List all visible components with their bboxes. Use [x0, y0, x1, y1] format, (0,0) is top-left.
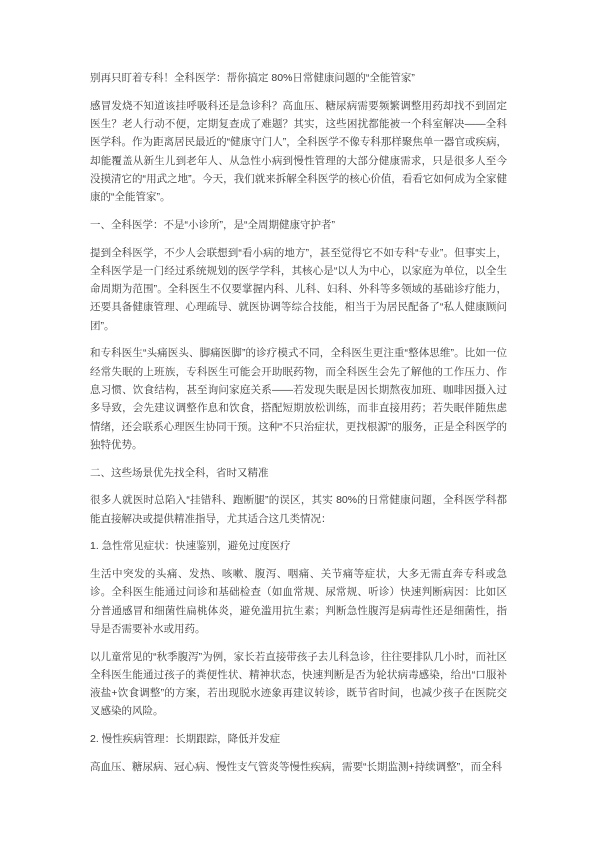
subsection-1-paragraph-1: 生活中突发的头痛、发热、咳嗽、腹泻、咽痛、关节痛等症状，大多无需直奔专科或急诊。… — [90, 565, 507, 638]
intro-paragraph: 感冒发烧不知道该挂呼吸科还是急诊科？高血压、糖尿病需要频繁调整用药却找不到固定医… — [90, 97, 507, 207]
section-1-heading: 一、全科医学：不是“小诊所”，是“全周期健康守护者” — [90, 216, 507, 234]
subsection-1-heading: 1. 急性常见症状：快速鉴别，避免过度医疗 — [90, 537, 507, 555]
subsection-2-paragraph-1: 高血压、糖尿病、冠心病、慢性支气管炎等慢性疾病，需要“长期监测+持续调整”，而全… — [90, 758, 507, 776]
subsection-2-heading: 2. 慢性疾病管理：长期跟踪，降低并发症 — [90, 730, 507, 748]
document-page: 别再只盯着专科！全科医学：帮你搞定 80%日常健康问题的“全能管家” 感冒发烧不… — [0, 0, 595, 841]
subsection-1-paragraph-2: 以儿童常见的“秋季腹泻”为例，家长若直接带孩子去儿科急诊，往往要排队几小时，而社… — [90, 648, 507, 721]
section-1-paragraph-2: 和专科医生“头痛医头、脚痛医脚”的诊疗模式不同，全科医生更注重“整体思维”。比如… — [90, 344, 507, 454]
section-2-intro-paragraph: 很多人就医时总陷入“挂错科、跑断腿”的误区，其实 80%的日常健康问题，全科医学… — [90, 491, 507, 528]
article-title: 别再只盯着专科！全科医学：帮你搞定 80%日常健康问题的“全能管家” — [90, 69, 507, 87]
article-body: 别再只盯着专科！全科医学：帮你搞定 80%日常健康问题的“全能管家” 感冒发烧不… — [90, 69, 507, 776]
section-2-heading: 二、这些场景优先找全科，省时又精准 — [90, 464, 507, 482]
section-1-paragraph-1: 提到全科医学，不少人会联想到“看小病的地方”，甚至觉得它不如专科“专业”。但事实… — [90, 244, 507, 335]
